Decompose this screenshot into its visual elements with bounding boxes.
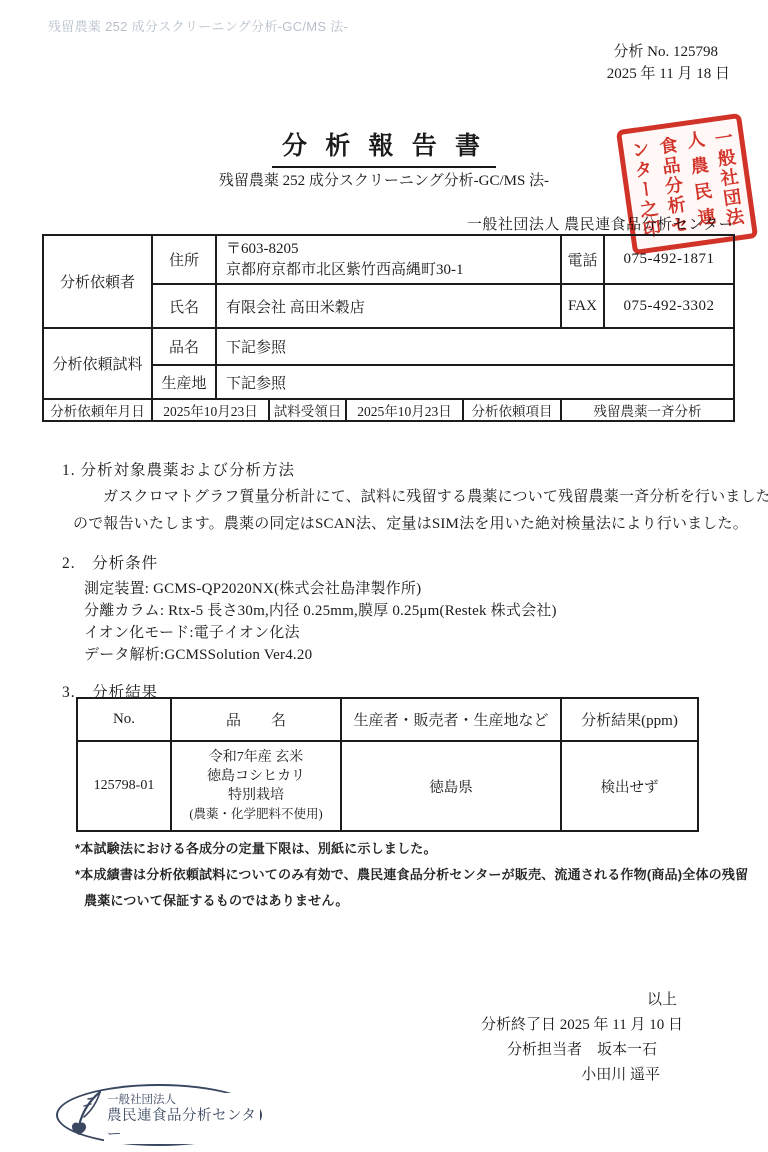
closing-statement: 以上	[647, 988, 677, 1009]
footnote-2-line1: *本成績書は分析依頼試料についてのみ有効で、農民連食品分析センターが販売、流通さ…	[75, 864, 748, 883]
report-date: 2025 年 11 月 18 日	[607, 62, 730, 83]
product-value: 下記参照	[216, 328, 734, 365]
col-header-no: No.	[77, 698, 171, 741]
name-label: 氏名	[152, 284, 216, 328]
result-producer: 徳島県	[341, 741, 561, 831]
seal-text-col2: 人農民連	[684, 126, 717, 237]
phone-label: 電話	[561, 235, 604, 284]
phone-number: 075-492-1871	[604, 235, 734, 284]
analysis-result-table: No. 品 名 生産者・販売者・生産地など 分析結果(ppm) 125798-0…	[76, 697, 699, 832]
product-line-1: 令和7年産 玄米	[176, 749, 336, 768]
table-row: 分析依頼者 住所 〒603-8205 京都府京都市北区紫竹西高縄町30-1 電話…	[43, 235, 734, 284]
request-item-label: 分析依頼項目	[463, 399, 561, 421]
result-no: 125798-01	[77, 741, 171, 831]
table-row: 125798-01 令和7年産 玄米 徳島コシヒカリ 特別栽培 (農薬・化学肥料…	[77, 741, 698, 831]
product-line-2: 徳島コシヒカリ	[176, 768, 336, 787]
logo-text: 一般社団法人 農民連食品分析センター	[104, 1093, 260, 1144]
address-value: 〒603-8205 京都府京都市北区紫竹西高縄町30-1	[216, 235, 561, 284]
analyst-name-1: 分析担当者 坂本一石	[507, 1038, 657, 1059]
request-item: 残留農薬一斉分析	[561, 399, 734, 421]
report-title: 分 析 報 告 書	[272, 126, 496, 168]
section2-line3: イオン化モード:電子イオン化法	[84, 621, 300, 642]
sample-label: 分析依頼試料	[43, 328, 152, 399]
seal-text-col3: 食品分析セ	[657, 130, 690, 241]
address-text: 京都府京都市北区紫竹西高縄町30-1	[226, 260, 556, 281]
analysis-report-page: 残留農薬 252 成分スクリーニング分析-GC/MS 法- 分析 No. 125…	[0, 0, 768, 1152]
logo-line1: 一般社団法人	[107, 1093, 257, 1107]
requester-label: 分析依頼者	[43, 235, 152, 328]
table-row: 分析依頼試料 品名 下記参照	[43, 328, 734, 365]
section1-line2: ので報告いたします。農薬の同定はSCAN法、定量はSIM法を用いた絶対検量法によ…	[73, 512, 748, 533]
footnote-1: *本試験法における各成分の定量下限は、別紙に示しました。	[75, 838, 437, 857]
section2-heading: 2. 分析条件	[62, 551, 158, 573]
feather-heart-icon	[70, 1090, 108, 1138]
receipt-date-label: 試料受領日	[269, 399, 346, 421]
section2-line4: データ解析:GCMSSolution Ver4.20	[84, 643, 312, 664]
col-header-product: 品 名	[171, 698, 341, 741]
section1-line1: ガスクロマトグラフ質量分析計にて、試料に残留する農薬について残留農薬一斉分析を行…	[103, 485, 768, 506]
analysis-number: 分析 No. 125798	[613, 40, 718, 61]
table-header-row: No. 品 名 生産者・販売者・生産地など 分析結果(ppm)	[77, 698, 698, 741]
section1-heading: 1. 分析対象農薬および分析方法	[62, 458, 295, 480]
footnote-2-line2: 農薬について保証するものではありません。	[84, 890, 349, 909]
result-value: 検出せず	[561, 741, 698, 831]
table-row: 分析依頼年月日 2025年10月23日 試料受領日 2025年10月23日 分析…	[43, 399, 734, 421]
postal-code: 〒603-8205	[226, 239, 556, 260]
page-watermark: 残留農薬 252 成分スクリーニング分析-GC/MS 法-	[48, 16, 348, 35]
logo-line2: 農民連食品分析センター	[107, 1107, 257, 1143]
origin-label: 生産地	[152, 365, 216, 399]
fax-label: FAX	[561, 284, 604, 328]
request-date-label: 分析依頼年月日	[43, 399, 152, 421]
product-line-3: 特別栽培	[176, 787, 336, 806]
requester-info-table: 分析依頼者 住所 〒603-8205 京都府京都市北区紫竹西高縄町30-1 電話…	[42, 234, 735, 422]
section2-line1: 測定装置: GCMS-QP2020NX(株式会社島津製作所)	[84, 577, 421, 598]
seal-text-col4: ンター之印	[629, 134, 662, 245]
result-product: 令和7年産 玄米 徳島コシヒカリ 特別栽培 (農薬・化学肥料不使用)	[171, 741, 341, 831]
address-label: 住所	[152, 235, 216, 284]
receipt-date: 2025年10月23日	[346, 399, 463, 421]
request-date: 2025年10月23日	[152, 399, 269, 421]
section2-line2: 分離カラム: Rtx-5 長さ30m,内径 0.25mm,膜厚 0.25μm(R…	[84, 599, 557, 620]
fax-number: 075-492-3302	[604, 284, 734, 328]
analyst-name-2: 小田川 遥平	[581, 1063, 660, 1084]
origin-value: 下記参照	[216, 365, 734, 399]
product-label: 品名	[152, 328, 216, 365]
analysis-end-date: 分析終了日 2025 年 11 月 10 日	[481, 1013, 683, 1034]
seal-text-col1: 一般社団法	[712, 122, 745, 233]
org-logo: 一般社団法人 農民連食品分析センター	[56, 1084, 262, 1146]
col-header-producer: 生産者・販売者・生産地など	[341, 698, 561, 741]
requester-name: 有限会社 高田米穀店	[216, 284, 561, 328]
product-line-4: (農薬・化学肥料不使用)	[176, 806, 336, 823]
col-header-result: 分析結果(ppm)	[561, 698, 698, 741]
